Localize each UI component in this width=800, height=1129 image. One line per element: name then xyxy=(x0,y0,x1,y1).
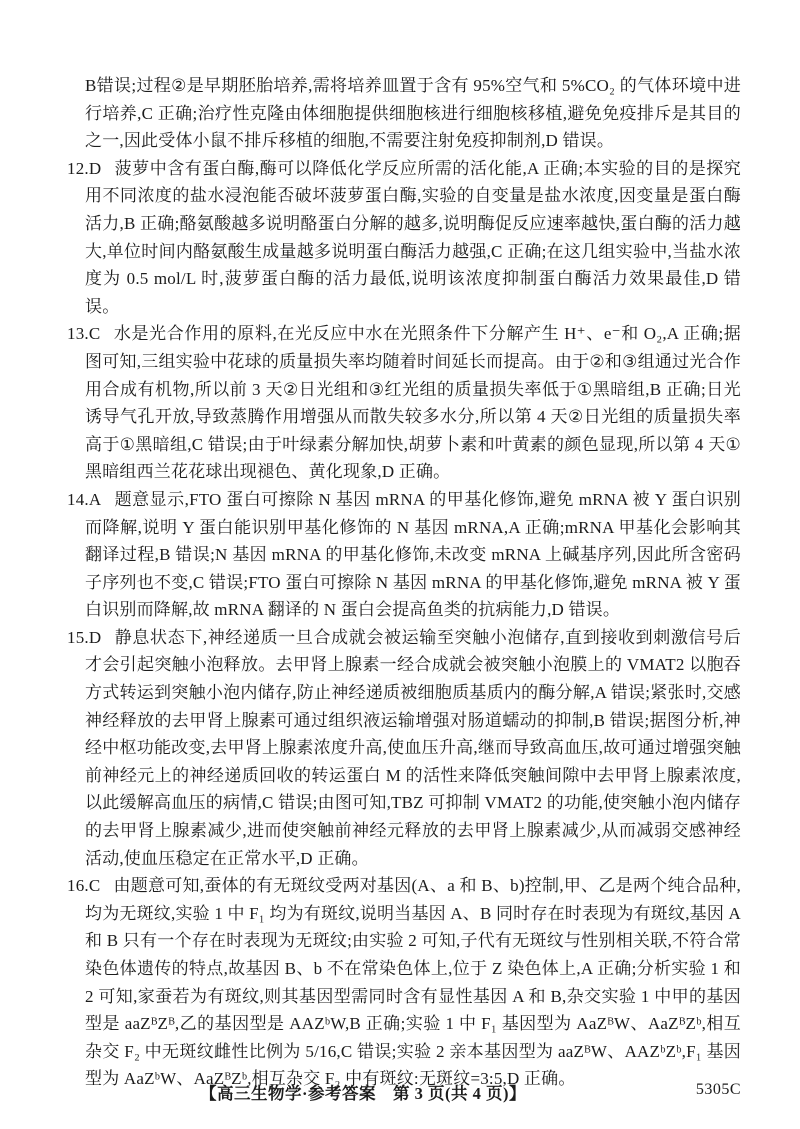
answer-text: 菠萝中含有蛋白酶,酶可以降低化学反应所需的活化能,A 正确;本实验的目的是探究用… xyxy=(85,159,741,316)
page-footer: 【高三生物学·参考答案 第 3 页(共 4 页)】 5305C xyxy=(67,1080,741,1106)
paper-code: 5305C xyxy=(696,1081,741,1099)
answer-number: 16.C xyxy=(67,876,100,895)
answer-number: 15.D xyxy=(67,628,101,647)
answer-item-12: 12.D菠萝中含有蛋白酶,酶可以降低化学反应所需的活化能,A 正确;本实验的目的… xyxy=(67,155,741,321)
answer-text: 静息状态下,神经递质一旦合成就会被运输至突触小泡储存,直到接收到刺激信号后才会引… xyxy=(85,628,741,868)
answer-item-15: 15.D静息状态下,神经递质一旦合成就会被运输至突触小泡储存,直到接收到刺激信号… xyxy=(67,624,741,872)
answer-item-16: 16.C由题意可知,蚕体的有无斑纹受两对基因(A、a 和 B、b)控制,甲、乙是… xyxy=(67,872,741,1093)
answer-text: 由题意可知,蚕体的有无斑纹受两对基因(A、a 和 B、b)控制,甲、乙是两个纯合… xyxy=(85,876,741,1088)
paragraph-text: B错误;过程②是早期胚胎培养,需将培养皿置于含有 95%空气和 5%CO₂ 的气… xyxy=(85,76,741,150)
document-page: B错误;过程②是早期胚胎培养,需将培养皿置于含有 95%空气和 5%CO₂ 的气… xyxy=(0,0,800,1129)
answer-number: 13.C xyxy=(67,324,100,343)
answer-text: 水是光合作用的原料,在光反应中水在光照条件下分解产生 H⁺、e⁻和 O₂,A 正… xyxy=(85,324,741,481)
answer-number: 12.D xyxy=(67,159,101,178)
answer-text: 题意显示,FTO 蛋白可擦除 N 基因 mRNA 的甲基化修饰,避免 mRNA … xyxy=(85,490,741,619)
answer-item-14: 14.A题意显示,FTO 蛋白可擦除 N 基因 mRNA 的甲基化修饰,避免 m… xyxy=(67,486,741,624)
answer-continuation-paragraph: B错误;过程②是早期胚胎培养,需将培养皿置于含有 95%空气和 5%CO₂ 的气… xyxy=(85,72,741,155)
answer-item-13: 13.C水是光合作用的原料,在光反应中水在光照条件下分解产生 H⁺、e⁻和 O₂… xyxy=(67,320,741,486)
answer-sheet-content: B错误;过程②是早期胚胎培养,需将培养皿置于含有 95%空气和 5%CO₂ 的气… xyxy=(67,72,741,1093)
answer-number: 14.A xyxy=(67,490,101,509)
footer-title-page-label: 【高三生物学·参考答案 第 3 页(共 4 页)】 xyxy=(200,1080,526,1104)
